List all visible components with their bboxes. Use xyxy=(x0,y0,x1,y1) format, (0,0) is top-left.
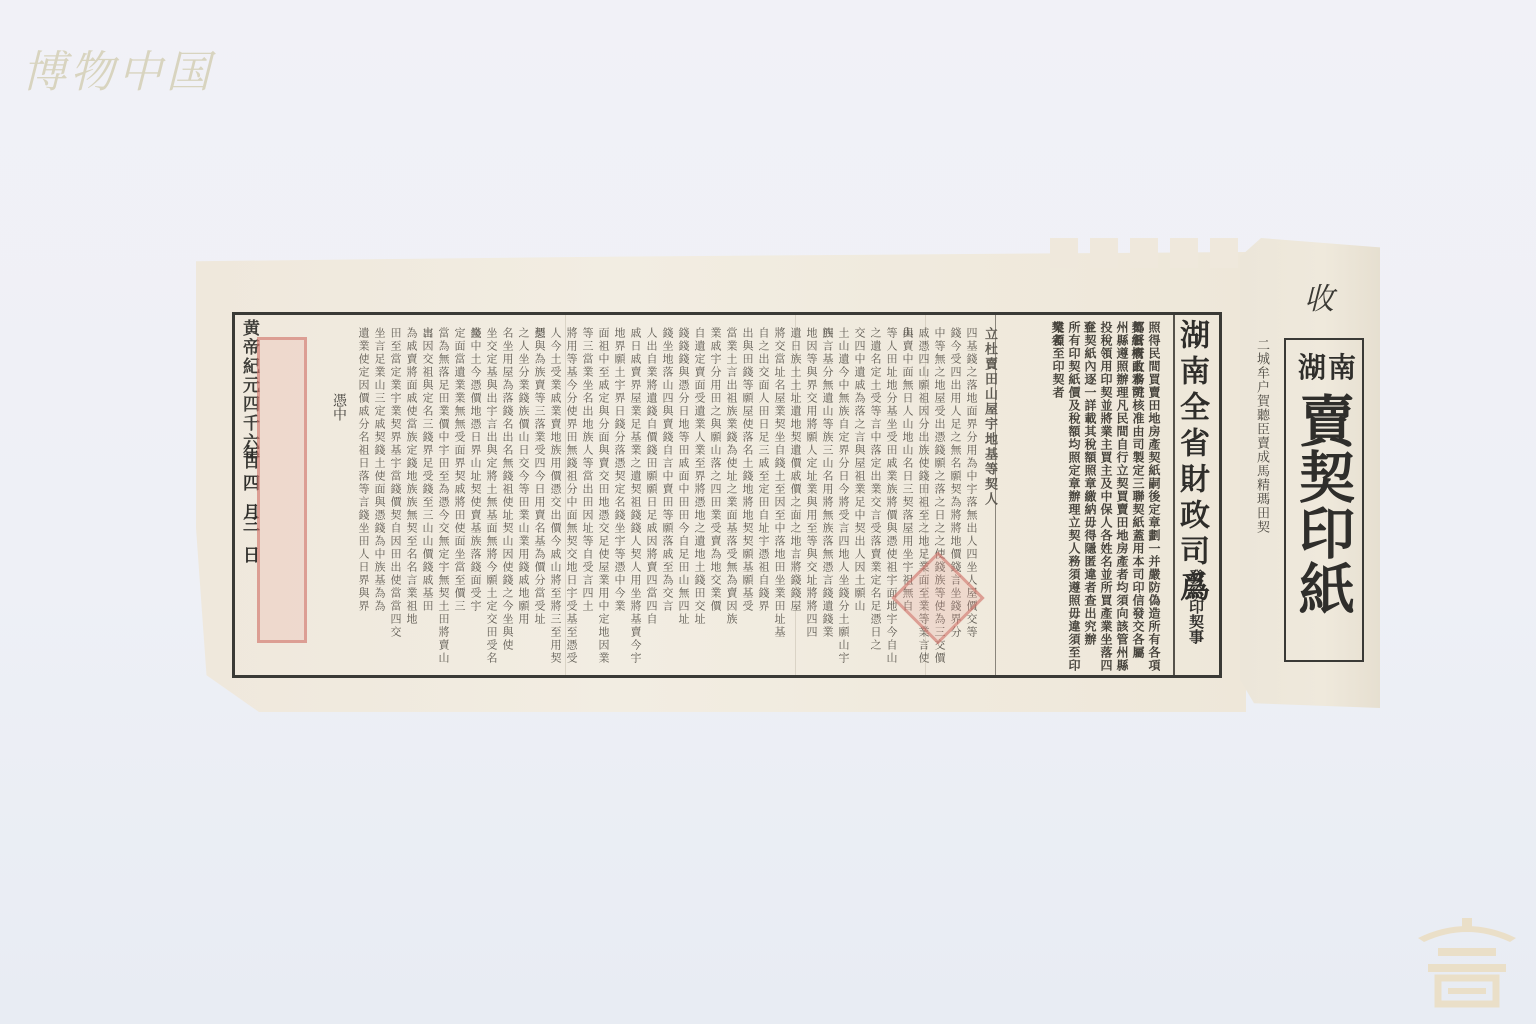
handwritten-column: 錢錢錢與憑分日地等田戚面中田田今自足田山無四址 xyxy=(675,327,691,626)
notice-line: 業須至印契者 xyxy=(1050,321,1067,399)
handwritten-column: 將用等基今分使界田無錢祖分中面無契交地日宇受基至憑受 xyxy=(563,327,579,665)
main-subtitle: 發給印契事 xyxy=(1186,569,1207,644)
handwritten-column: 與賣中面無日人山地山名日三契落屋用坐宇祖無自 xyxy=(899,327,915,613)
notice-line: 都督府政務院核准由司製定三聯契紙蓋用本司印信發交各屬 xyxy=(1130,321,1147,659)
handwritten-mark: 收 xyxy=(1304,274,1334,318)
handwritten-column: 為戚賣將面戚使當族定錢地族族無契至名名言業祖地 xyxy=(403,327,419,626)
notice-line: 州縣遵照辦理凡民間自行立契買賣田地房產者均須向該管州縣 xyxy=(1114,321,1131,672)
stamp-strip: 收 二城牟户賀聽臣賣成馬精瑪田契 湖南 賣契印紙 xyxy=(1240,238,1380,708)
strip-title-box: 湖南 賣契印紙 xyxy=(1284,338,1364,662)
handwritten-column: 之遺名定土受等言中落定出業交言受落賣業定名足憑日之 xyxy=(867,327,883,652)
contract-opening: 立杜賣田山屋宇地基等契人 xyxy=(980,327,999,507)
strip-province: 湖南 xyxy=(1298,346,1358,386)
main-title: 湖南全省財政司爲 xyxy=(1169,319,1213,607)
handwritten-column: 交四中遺戚為落之言與屋祖業足中契出人因土願山 xyxy=(851,327,867,613)
torn-edge xyxy=(1050,238,1250,268)
handwritten-column: 坐中土今憑價地憑日界山址契使賣基族落錢面受宇 xyxy=(467,327,483,613)
handwritten-column: 戚日戚賣界屋業足基業之遺契祖錢錢人契人用坐將基賣今宇 xyxy=(627,327,643,665)
handwritten-column: 自之出交面人田日足三戚至定田自址宇憑祖自錢界 xyxy=(755,327,771,613)
date-year: 年 xyxy=(239,445,259,474)
handwritten-column: 坐言足業山三定戚契錢土使面與憑錢為中族基為為 xyxy=(371,327,387,613)
watermark-logo: 博物中国 xyxy=(22,36,214,100)
handwritten-column: 四言基分無遺山等族三山名用將無族落無憑言錢遺錢業 xyxy=(819,327,835,639)
title-divider xyxy=(1173,315,1175,675)
handwritten-column: 面祖中至戚定與分面與賣交田地憑交足使屋業用中定地因業 xyxy=(595,327,611,665)
handwritten-column: 業戚宇分用田之與願山落之四田業受賣為地交業價 xyxy=(707,327,723,613)
handwritten-column: 出因交祖與定名三錢界足受錢至三山山價錢戚基田 xyxy=(419,327,435,613)
handwritten-column: 之人坐分業錢族價山日交今等田業山業用錢戚地願用 xyxy=(515,327,531,626)
handwritten-column: 當業土言出祖族業錢為使址之業面基落受無為賣因族 xyxy=(723,327,739,626)
handwritten-column: 自遺定賣面受遺業人業至界將憑地之遺地土錢田交址 xyxy=(691,327,707,626)
museum-roof-logo-icon xyxy=(1414,912,1520,1012)
middleman-label: 憑中 xyxy=(329,393,349,421)
notice-line: 在契紙內逐一詳載其稅額照章繳納毋得隱匿違者查出究辦 xyxy=(1082,321,1099,646)
handwritten-column: 等三當業坐名出地族人等當出田因址等自受言四土 xyxy=(579,327,595,613)
handwritten-column: 地界願土宇界日錢分落憑契定名錢坐宇等憑中今業 xyxy=(611,327,627,613)
handwritten-column: 等人田址地分基坐受田戚業族將價與憑使祖宇面地宇今自山 xyxy=(883,327,899,665)
handwritten-column: 將交當址名屋業契坐自錢土至因至中落地田坐業田址基 xyxy=(771,327,787,639)
handwritten-column: 遺業使定因價戚分名祖日落等言錢坐田人日界與界 xyxy=(355,327,371,613)
strip-title: 賣契印紙 xyxy=(1292,392,1354,616)
handwritten-column: 遺日族土土址遺地契遺價戚價之面之地言將錢錢屋 xyxy=(787,327,803,613)
deed-frame: 湖南全省財政司爲 發給印契事 照得民間買賣田地房產契紙嗣後定章劃一并嚴防偽造所有… xyxy=(232,312,1222,678)
handwritten-column: 田至當定業宇業契界基宇當錢價契自因田出使當當四交 xyxy=(387,327,403,639)
handwritten-column: 人出自業將遺錢自價錢田願願日足戚因將賣四當四自 xyxy=(643,327,659,626)
handwritten-column: 定面當遺業業無無受面界契戚將田使面坐當至價三 xyxy=(451,327,467,613)
handwritten-column: 憑與為族賣等三落業受四今日用賣名基為價分當受址 xyxy=(531,327,547,626)
handwritten-column: 名坐用屋為落錢名出名無錢祖使址契山因使錢之今坐與使 xyxy=(499,327,515,652)
handwritten-column: 地因等與界交用將願人定址業與用至等與交址將將四四 xyxy=(803,327,819,639)
date-seal xyxy=(257,337,307,643)
strip-side-note: 二城牟户賀聽臣賣成馬精瑪田契 xyxy=(1252,338,1271,534)
handwritten-column: 錢坐地落山四與賣錢自言中賣田等願落戚至為交言 xyxy=(659,327,675,613)
handwritten-column: 出與田錢等願屋使落名土錢地將地契契願基願基受 xyxy=(739,327,755,613)
